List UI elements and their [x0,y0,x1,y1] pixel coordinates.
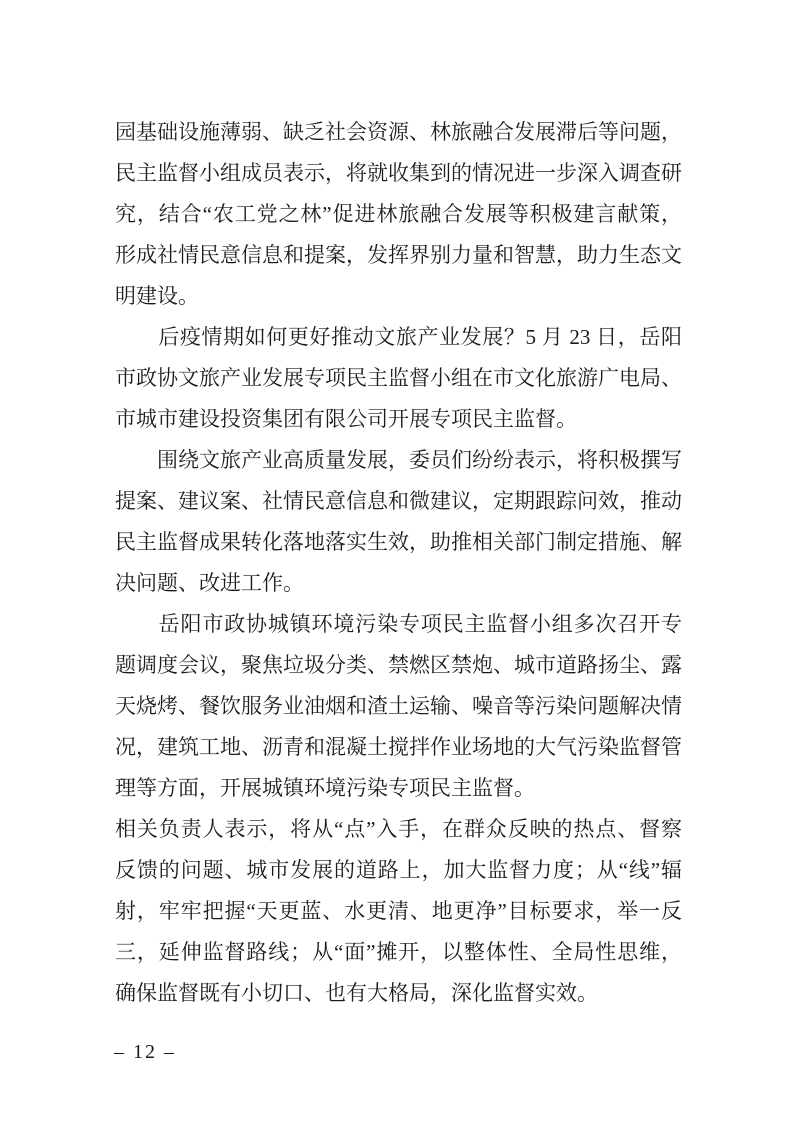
paragraph: 岳阳市政协城镇环境污染专项民主监督小组多次召开专题调度会议，聚焦垃圾分类、禁燃区… [115,604,682,809]
paragraph: 围绕文旅产业高质量发展，委员们纷纷表示，将积极撰写提案、建议案、社情民意信息和微… [115,440,682,604]
text-line: 确保监督既有小切口、也有大格局，深化监督实效。 [115,973,682,1014]
body-text: 园基础设施薄弱、缺乏社会资源、林旅融合发展滞后等问题，民主监督小组成员表示，将就… [115,112,682,1014]
text-line: 相关负责人表示，将从“点”入手，在群众反映的热点、督察 [115,809,682,850]
text-line: 民主监督小组成员表示，将就收集到的情况进一步深入调查研 [115,153,682,194]
paragraph: 相关负责人表示，将从“点”入手，在群众反映的热点、督察反馈的问题、城市发展的道路… [115,809,682,1014]
text-line: 题调度会议，聚焦垃圾分类、禁燃区禁炮、城市道路扬尘、露 [115,645,682,686]
text-line: 天烧烤、餐饮服务业油烟和渣土运输、噪音等污染问题解决情 [115,686,682,727]
text-line: 形成社情民意信息和提案，发挥界别力量和智慧，助力生态文 [115,235,682,276]
text-line: 岳阳市政协城镇环境污染专项民主监督小组多次召开专 [115,604,682,645]
text-line: 反馈的问题、城市发展的道路上，加大监督力度；从“线”辐 [115,850,682,891]
text-line: 市政协文旅产业发展专项民主监督小组在市文化旅游广电局、 [115,358,682,399]
text-line: 后疫情期如何更好推动文旅产业发展？5 月 23 日，岳阳 [115,317,682,358]
paragraph: 后疫情期如何更好推动文旅产业发展？5 月 23 日，岳阳市政协文旅产业发展专项民… [115,317,682,440]
text-line: 究，结合“农工党之林”促进林旅融合发展等积极建言献策， [115,194,682,235]
paragraph: 园基础设施薄弱、缺乏社会资源、林旅融合发展滞后等问题，民主监督小组成员表示，将就… [115,112,682,317]
text-line: 园基础设施薄弱、缺乏社会资源、林旅融合发展滞后等问题， [115,112,682,153]
page-number: – 12 – [114,1038,176,1066]
text-line: 射，牢牢把握“天更蓝、水更清、地更净”目标要求，举一反 [115,891,682,932]
text-line: 围绕文旅产业高质量发展，委员们纷纷表示，将积极撰写 [115,440,682,481]
document-page: 园基础设施薄弱、缺乏社会资源、林旅融合发展滞后等问题，民主监督小组成员表示，将就… [0,0,793,1122]
text-line: 市城市建设投资集团有限公司开展专项民主监督。 [115,399,682,440]
text-line: 况，建筑工地、沥青和混凝土搅拌作业场地的大气污染监督管 [115,727,682,768]
text-line: 决问题、改进工作。 [115,563,682,604]
text-line: 明建设。 [115,276,682,317]
text-line: 民主监督成果转化落地落实生效，助推相关部门制定措施、解 [115,522,682,563]
text-line: 提案、建议案、社情民意信息和微建议，定期跟踪问效，推动 [115,481,682,522]
text-line: 理等方面，开展城镇环境污染专项民主监督。 [115,768,682,809]
text-line: 三，延伸监督路线；从“面”摊开，以整体性、全局性思维， [115,932,682,973]
